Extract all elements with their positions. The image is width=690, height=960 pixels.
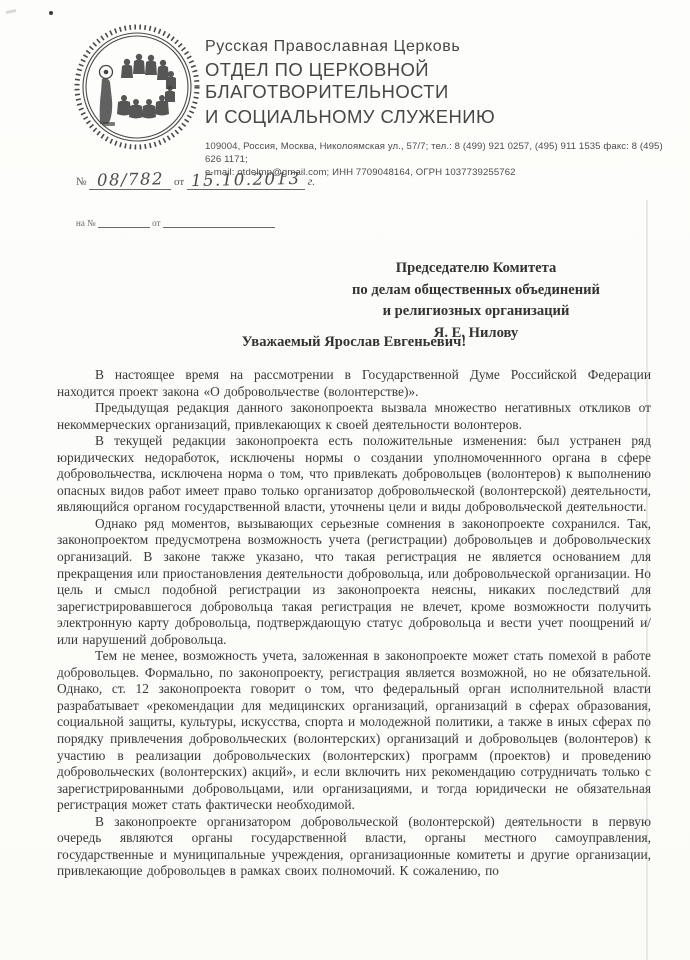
body-paragraph: В законопроекте организатором добровольч… (57, 814, 651, 880)
scan-smudge-artifact (6, 9, 16, 14)
reply-date-blank (163, 216, 275, 228)
addressee-block: Председателю Комитета по делам обществен… (296, 258, 656, 344)
body-paragraph: Однако ряд моментов, вызывающих серьезны… (57, 516, 651, 648)
addressee-line: Председателю Комитета (296, 258, 656, 280)
org-name-line3: И СОЦИАЛЬНОМУ СЛУЖЕНИЮ (205, 106, 675, 128)
body-paragraph: В настоящее время на рассмотрении в Госу… (57, 367, 651, 400)
date-label: от (174, 176, 184, 188)
church-emblem-seal-icon (72, 22, 202, 152)
body-paragraph: Предыдущая редакция данного законопроект… (57, 400, 651, 433)
body-paragraph: В текущей редакции законопроекта есть по… (57, 433, 651, 516)
body-paragraph: Тем не менее, возможность учета, заложен… (57, 648, 651, 813)
year-suffix: г. (308, 174, 316, 188)
org-name-line1: Русская Православная Церковь (205, 38, 675, 56)
outgoing-reference-row: № 08/782 от 15.10.2013 г. (76, 170, 396, 190)
letterhead: Русская Православная Церковь ОТДЕЛ ПО ЦЕ… (205, 38, 675, 179)
outgoing-date-handwritten: 15.10.2013 (191, 169, 301, 190)
outgoing-number-handwritten: 08/782 (97, 169, 164, 189)
reply-date-label: от (152, 218, 160, 228)
addressee-line: по делам общественных объединений (296, 280, 656, 302)
ink-dot-artifact (49, 11, 53, 15)
scanned-letter-page: { "letterhead": { "logo_icon": "church-e… (0, 0, 690, 960)
number-label: № (76, 176, 87, 188)
addressee-line: и религиозных организаций (296, 301, 656, 323)
reply-number-label: на № (76, 218, 96, 228)
reference-block: № 08/782 от 15.10.2013 г. на № от (76, 170, 396, 228)
contact-address-phone: 109004, Россия, Москва, Николоямская ул.… (205, 140, 675, 166)
salutation: Уважаемый Ярослав Евгеньевич! (57, 334, 651, 351)
letter-body: Уважаемый Ярослав Евгеньевич! В настояще… (57, 334, 651, 880)
org-name-line2: ОТДЕЛ ПО ЦЕРКОВНОЙ БЛАГОТВОРИТЕЛЬНОСТИ (205, 59, 675, 103)
incoming-reference-row: на № от (76, 216, 396, 228)
reply-number-blank (98, 216, 150, 228)
